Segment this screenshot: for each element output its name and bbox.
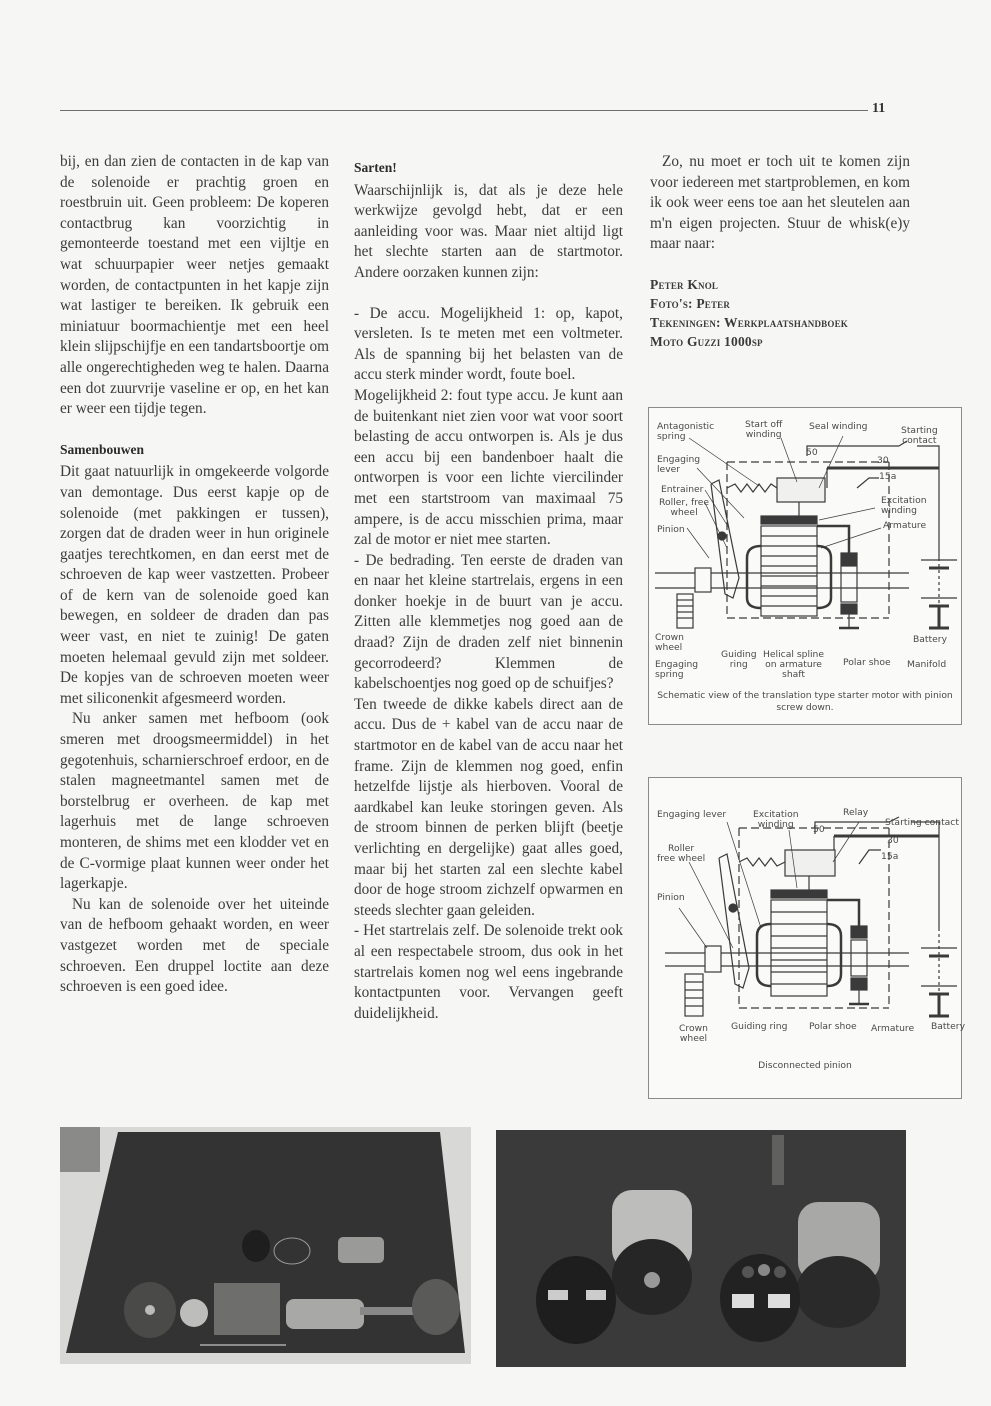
article-column-1: bij, en dan zien de contacten in de kap … <box>60 152 329 998</box>
label-crown-wheel: Crown wheel <box>655 633 684 653</box>
label-battery: Battery <box>931 1022 965 1032</box>
label-terminal-30: 30 <box>877 456 889 466</box>
paragraph: Mogelijkheid 2: fout type accu. Je kunt … <box>354 386 623 551</box>
label-manifold: Manifold <box>907 660 946 670</box>
label-battery: Battery <box>913 635 947 645</box>
label-start-off-winding: Start off winding <box>745 420 782 440</box>
paragraph: Nu anker samen met hefboom (ook smeren m… <box>60 709 329 894</box>
paragraph: Dit gaat natuurlijk in omgekeerde volgor… <box>60 462 329 709</box>
label-antagonistic-spring: Antagonistic spring <box>657 422 714 442</box>
label-armature: Armature <box>883 521 926 531</box>
drawing-credit: Tekeningen: Werkplaatshandboek <box>650 313 910 332</box>
spacer <box>354 284 623 304</box>
paragraph: - De bedrading. Ten eerste de draden van… <box>354 551 623 695</box>
paragraph: Nu kan de solenoide over het uiteinde va… <box>60 895 329 998</box>
label-terminal-15a: 15a <box>879 472 896 482</box>
label-starting-contact: Starting contact <box>885 818 959 828</box>
paragraph: - Het startrelais zelf. De solenoide tre… <box>354 921 623 1024</box>
starter-motor-diagram-disconnected: Engaging lever Excitation winding Relay … <box>648 777 962 1099</box>
paragraph: bij, en dan zien de contacten in de kap … <box>60 152 329 420</box>
section-heading-sarten: Sarten! <box>354 158 623 179</box>
label-excitation-winding: Excitation winding <box>881 496 927 516</box>
label-helical-spline: Helical spline on armature shaft <box>763 650 824 680</box>
label-pinion: Pinion <box>657 525 685 535</box>
article-column-2: Sarten! Waarschijnlijk is, dat als je de… <box>354 158 623 1024</box>
label-roller-free-wheel: Roller, free wheel <box>659 498 709 518</box>
author-credit: Peter Knol <box>650 275 910 294</box>
diagram-1-caption: Schematic view of the translation type s… <box>653 690 957 714</box>
starter-motor-diagram-engaged: Antagonistic spring Start off winding Se… <box>648 407 962 725</box>
photo-disassembled-parts-image <box>60 1127 471 1364</box>
label-guiding-ring: Guiding ring <box>731 1022 787 1032</box>
photo-credit: Foto's: Peter <box>650 294 910 313</box>
diagram-2-caption: Disconnected pinion <box>653 1060 957 1072</box>
label-relay: Relay <box>843 808 868 818</box>
spacer <box>60 420 329 440</box>
page-number: 11 <box>872 101 885 117</box>
label-pinion: Pinion <box>657 893 685 903</box>
label-engaging-lever: Engaging lever <box>657 455 700 475</box>
label-crown-wheel: Crown wheel <box>679 1024 708 1044</box>
label-polar-shoe: Polar shoe <box>843 658 891 668</box>
label-polar-shoe: Polar shoe <box>809 1022 857 1032</box>
paragraph: Waarschijnlijk is, dat als je deze hele … <box>354 181 623 284</box>
label-terminal-50: 50 <box>813 825 825 835</box>
drawing-source: Moto Guzzi 1000sp <box>650 332 910 351</box>
label-terminal-50: 50 <box>806 448 818 458</box>
label-engaging-spring: Engaging spring <box>655 660 698 680</box>
header-rule <box>60 110 868 111</box>
paragraph: Ten tweede de dikke kabels direct aan de… <box>354 695 623 922</box>
photo-disassembled-starter-motor <box>60 1127 471 1364</box>
photo-two-starter-motors <box>496 1130 906 1367</box>
label-engaging-lever: Engaging lever <box>657 810 726 820</box>
label-armature: Armature <box>871 1024 914 1034</box>
credits-block: Peter Knol Foto's: Peter Tekeningen: Wer… <box>650 275 910 351</box>
label-entrainer: Entrainer <box>661 485 703 495</box>
label-guiding-ring: Guiding ring <box>721 650 757 670</box>
paragraph: Zo, nu moet er toch uit te komen zijn vo… <box>650 152 910 255</box>
label-excitation-winding: Excitation winding <box>753 810 799 830</box>
label-roller-free-wheel: Roller free wheel <box>657 844 705 864</box>
label-terminal-30: 30 <box>887 836 899 846</box>
article-column-3: Zo, nu moet er toch uit te komen zijn vo… <box>650 152 910 351</box>
label-starting-contact: Starting contact <box>901 426 938 446</box>
label-terminal-15a: 15a <box>881 852 898 862</box>
photo-starter-motors-image <box>496 1130 906 1367</box>
paragraph: - De accu. Mogelijkheid 1: op, kapot, ve… <box>354 304 623 386</box>
section-heading-samenbouwen: Samenbouwen <box>60 440 329 461</box>
label-seal-winding: Seal winding <box>809 422 868 432</box>
